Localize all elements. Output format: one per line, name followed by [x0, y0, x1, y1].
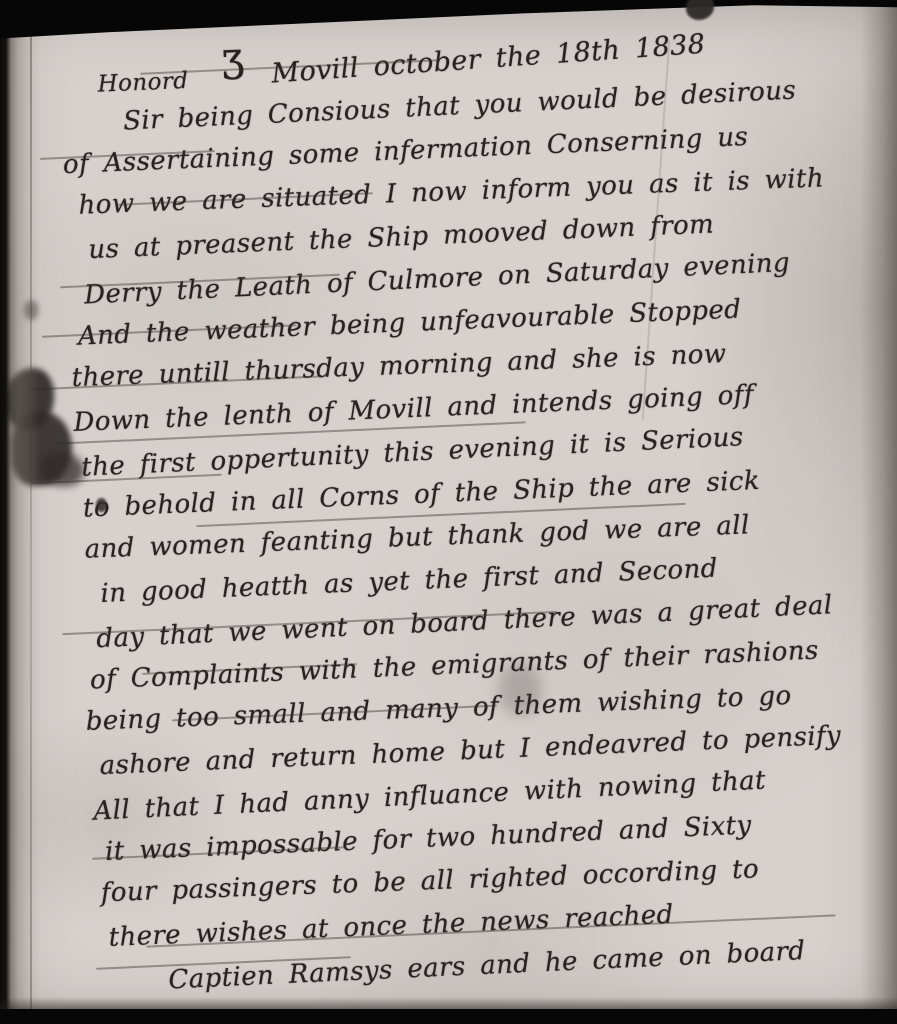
ink-smudge: [498, 662, 542, 716]
ink-dot: [96, 498, 107, 512]
ink-blot: [40, 452, 84, 486]
page-binding-edge: [0, 0, 40, 1024]
page-bottom-edge: [0, 997, 897, 1009]
ink-blot: [686, 0, 714, 20]
scanner-background-bottom: [0, 1009, 897, 1024]
page-right-edge-shading: [861, 0, 897, 1024]
pen-flourish: Ʒ: [187, 45, 272, 88]
letter-scan: Honord Ʒ Movill october the 18th 1838 Si…: [0, 0, 897, 1024]
page-fold-line: [30, 0, 32, 1024]
